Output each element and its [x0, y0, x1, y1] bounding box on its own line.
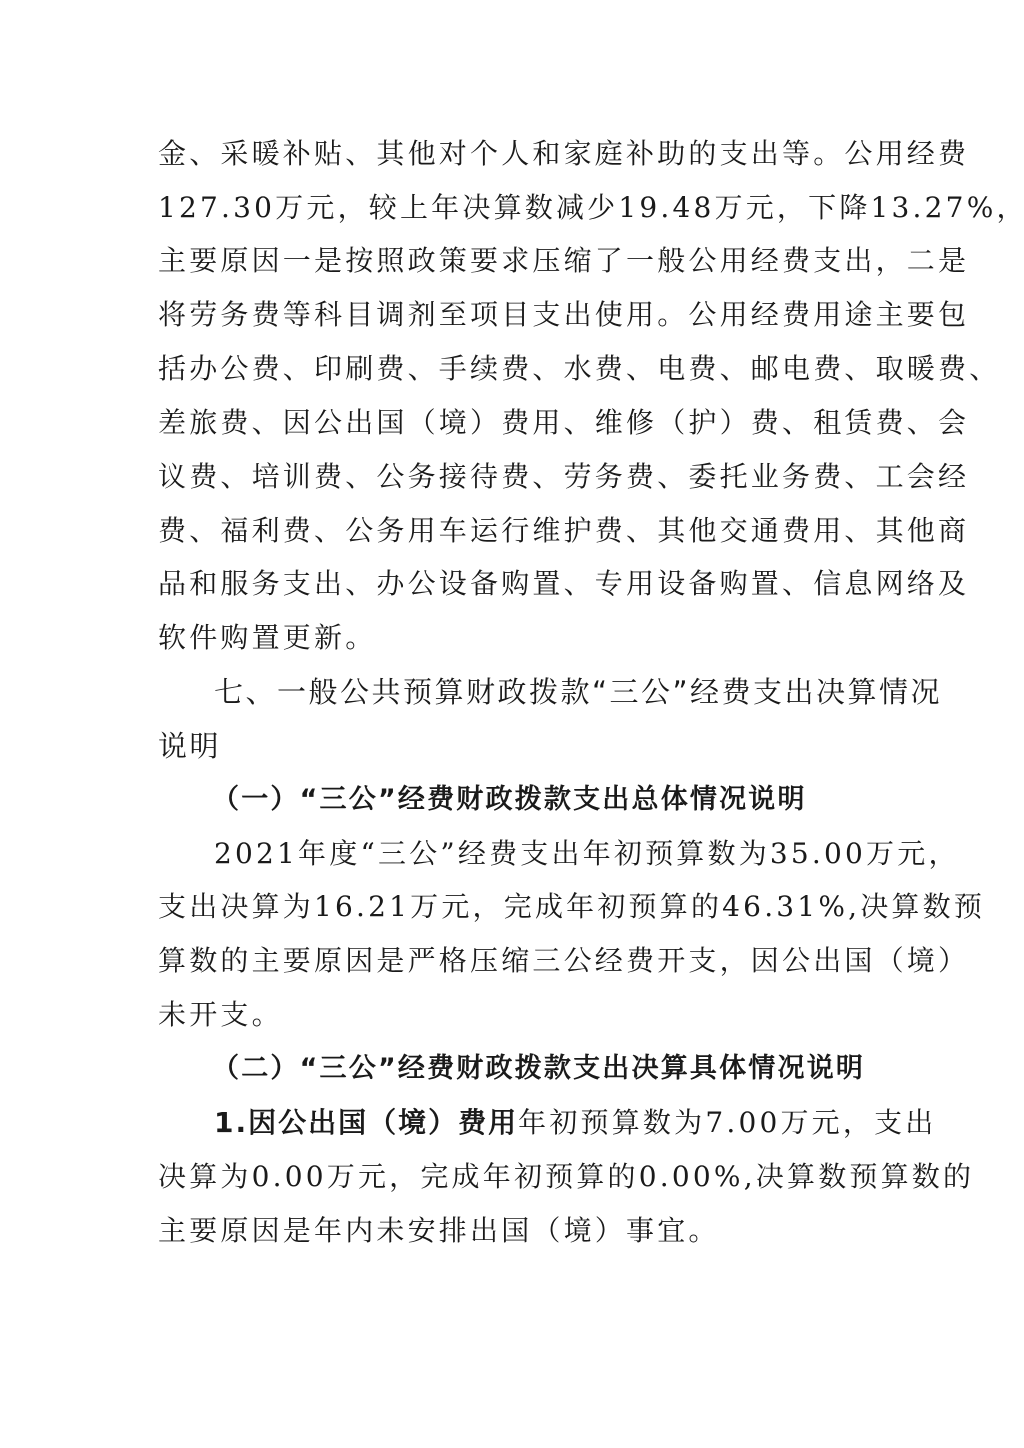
subsection-heading: （一）“三公”经费财政拨款支出总体情况说明 — [212, 782, 807, 818]
document-page: 金、采暖补贴、其他对个人和家庭补助的支出等。公用经费 127.30万元，较上年决… — [0, 0, 1024, 1448]
paragraph-line: 将劳务费等科目调剂至项目支出使用。公用经费用途主要包 — [158, 297, 870, 333]
paragraph-line: 支出决算为16.21万元，完成年初预算的46.31%,决算数预 — [158, 889, 870, 925]
paragraph-line: 议费、培训费、公务接待费、劳务费、委托业务费、工会经 — [158, 459, 870, 495]
subsection-heading: （二）“三公”经费财政拨款支出决算具体情况说明 — [212, 1051, 865, 1087]
paragraph-line: 软件购置更新。 — [158, 620, 870, 656]
paragraph-line: 金、采暖补贴、其他对个人和家庭补助的支出等。公用经费 — [158, 136, 870, 172]
paragraph-line: 主要原因一是按照政策要求压缩了一般公用经费支出，二是 — [158, 243, 870, 279]
paragraph-line: 主要原因是年内未安排出国（境）事宜。 — [158, 1213, 870, 1249]
item-text: 年初预算数为7.00万元，支出 — [518, 1106, 936, 1139]
item-line: 1.因公出国（境）费用年初预算数为7.00万元，支出 — [214, 1105, 870, 1141]
paragraph-line: 127.30万元，较上年决算数减少19.48万元，下降13.27%， — [158, 190, 870, 226]
paragraph-line: 算数的主要原因是严格压缩三公经费开支，因公出国（境） — [158, 943, 870, 979]
section-heading: 七、一般公共预算财政拨款“三公”经费支出决算情况 — [214, 674, 870, 710]
paragraph-line: 决算为0.00万元，完成年初预算的0.00%,决算数预算数的 — [158, 1159, 870, 1195]
paragraph-line: 括办公费、印刷费、手续费、水费、电费、邮电费、取暖费、 — [158, 351, 870, 387]
paragraph-line: 未开支。 — [158, 997, 870, 1033]
paragraph-line: 2021年度“三公”经费支出年初预算数为35.00万元， — [214, 836, 870, 872]
paragraph-line: 费、福利费、公务用车运行维护费、其他交通费用、其他商 — [158, 513, 870, 549]
section-heading-continued: 说明 — [158, 728, 870, 764]
paragraph-line: 品和服务支出、办公设备购置、专用设备购置、信息网络及 — [158, 566, 870, 602]
item-lead: 1.因公出国（境）费用 — [214, 1106, 518, 1139]
paragraph-line: 差旅费、因公出国（境）费用、维修（护）费、租赁费、会 — [158, 405, 870, 441]
